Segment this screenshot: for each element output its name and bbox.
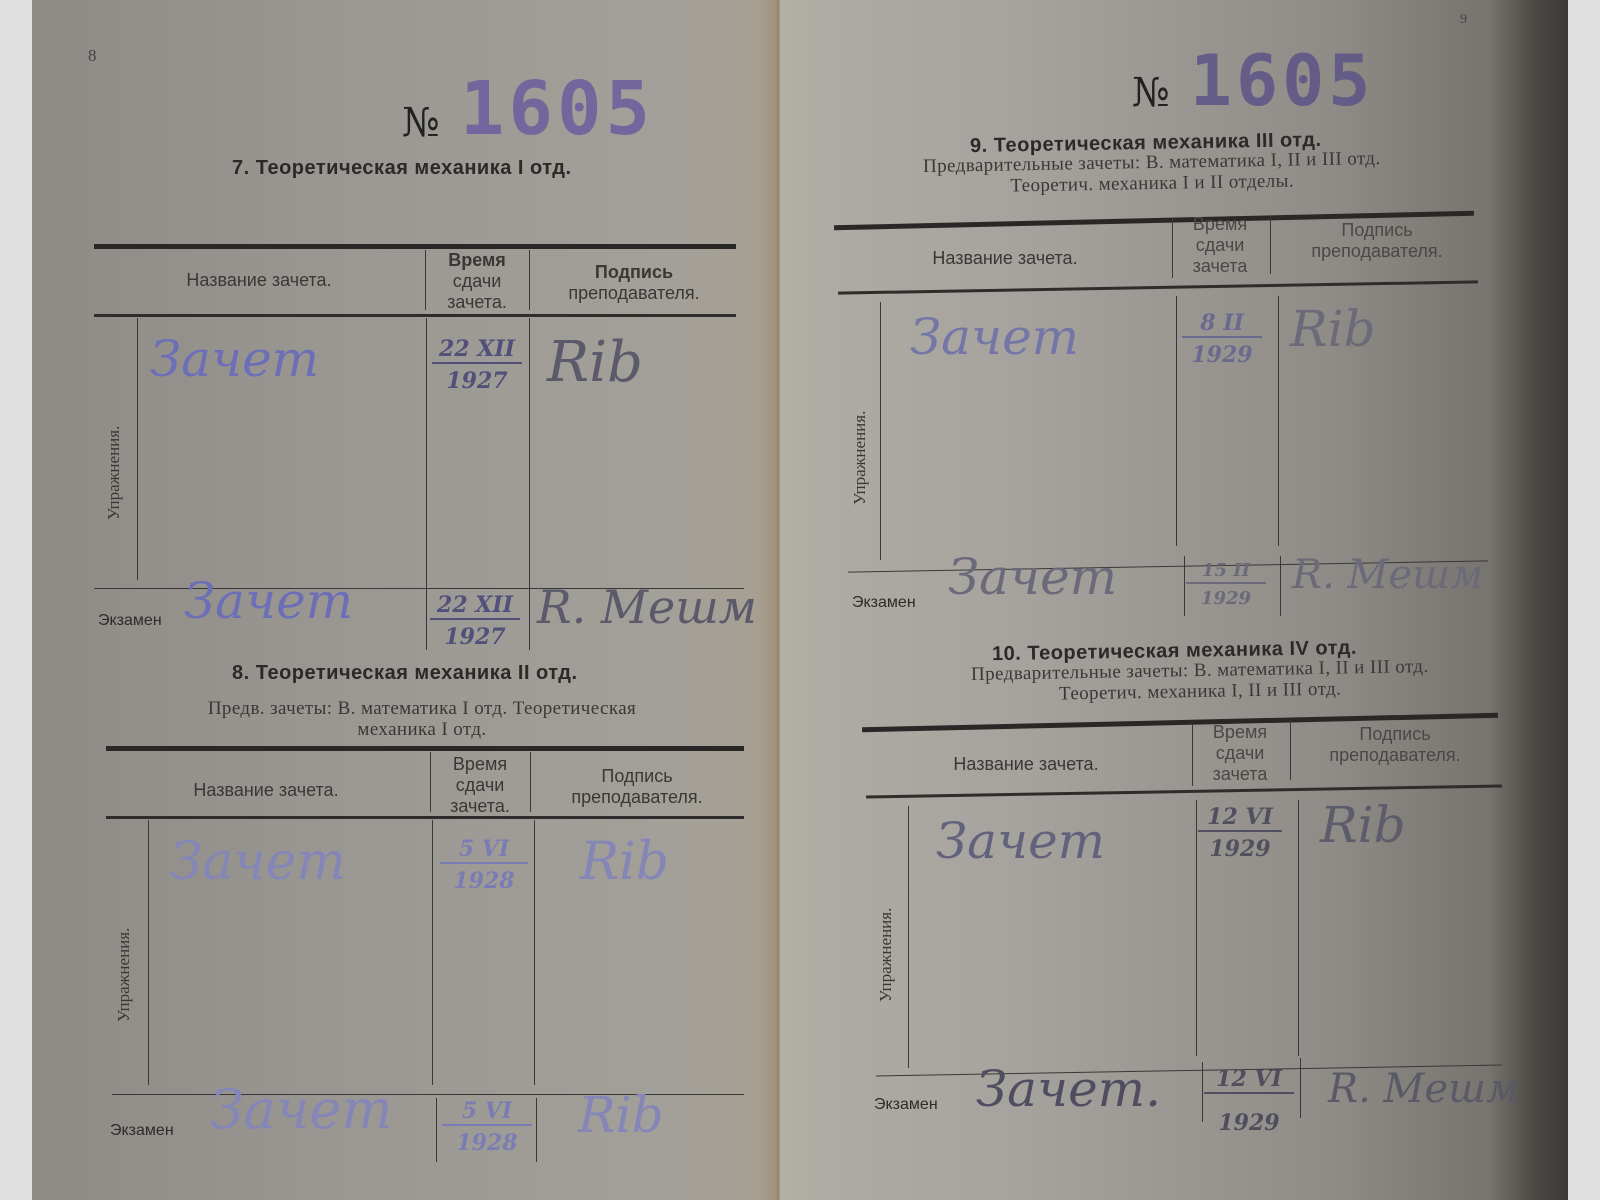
handwritten-date: 22 XII 1927: [432, 338, 522, 392]
header-signature-line: Подпись: [595, 262, 673, 282]
column-divider: [436, 1098, 437, 1162]
header-time: Время сдачи зачета: [1172, 214, 1268, 277]
date-year: 1927: [430, 620, 520, 648]
exam-label: Экзамен: [874, 1096, 938, 1114]
header-time-line: сдачи: [456, 775, 505, 795]
handwritten-signature: Rib: [1320, 796, 1406, 854]
exam-label: Экзамен: [852, 594, 916, 612]
column-divider: [432, 820, 433, 1085]
column-divider: [1300, 1058, 1301, 1118]
header-signature-line: преподавателя.: [568, 283, 699, 303]
header-time-line: зачета: [1193, 256, 1248, 276]
header-time-line: зачета: [1213, 764, 1268, 784]
handwritten-signature: R. Meшм: [1328, 1066, 1519, 1112]
header-signature-line: Подпись: [601, 766, 672, 786]
prerequisites: Предварительные зачеты: В. математика I,…: [852, 147, 1453, 199]
exam-label: Экзамен: [110, 1122, 174, 1140]
label-column-divider: [148, 820, 149, 1085]
numero-sign: №: [1132, 70, 1170, 116]
page-number: 8: [88, 46, 97, 66]
column-divider: [1184, 556, 1185, 616]
column-divider: [1202, 1062, 1203, 1122]
header-bottom-rule: [838, 280, 1478, 294]
date-year: 1929: [1182, 338, 1262, 366]
handwritten-signature: R. Meшм: [1292, 552, 1483, 598]
handwritten-result: Зачет: [170, 832, 346, 892]
handwritten-date: 5 VI 1928: [442, 1100, 532, 1154]
header-name: Название зачета.: [840, 248, 1170, 269]
date-year: 1927: [432, 364, 522, 392]
handwritten-date: 12 VI 1929: [1198, 806, 1282, 860]
date-day-month: 5 VI: [442, 1100, 532, 1126]
date-day-month: 5 VI: [440, 838, 528, 864]
header-name: Название зачета.: [866, 754, 1186, 775]
handwritten-result: Зачет: [948, 548, 1117, 606]
date-day-month: 15 II: [1186, 562, 1266, 584]
header-signature: Подпись преподавателя.: [529, 262, 739, 304]
registration-stamp: № 1605: [1132, 46, 1374, 116]
exercises-label: Упражнения.: [104, 426, 124, 520]
header-time-line: Время: [1193, 214, 1247, 234]
header-signature: Подпись преподавателя.: [1290, 724, 1500, 766]
stamp-number: 1605: [1190, 46, 1375, 116]
left-page: 8 № 1605 7. Теоретическая механика I отд…: [32, 0, 780, 1200]
page-number: 9: [1460, 12, 1467, 28]
handwritten-date: 15 II 1929: [1186, 562, 1266, 608]
section-title: 7. Теоретическая механика I отд.: [232, 157, 572, 180]
header-bottom-rule: [866, 784, 1502, 798]
prerequisites-line: Теоретич. механика I, II и III отд.: [1059, 679, 1342, 705]
right-page: 9 № 1605 9. Теоретическая механика III о…: [780, 0, 1568, 1200]
header-time-line: зачета.: [450, 796, 510, 816]
numero-sign: №: [402, 100, 440, 146]
handwritten-signature: Rib: [580, 832, 669, 892]
column-divider: [426, 318, 427, 580]
prerequisites-line: Теоретич. механика I и II отделы.: [1010, 171, 1294, 197]
handwritten-date: 22 XII 1927: [430, 594, 520, 648]
column-divider: [529, 580, 530, 650]
column-divider: [1298, 800, 1299, 1056]
prerequisites: Предв. зачеты: В. математика I отд. Теор…: [142, 698, 702, 740]
header-signature-line: преподавателя.: [571, 787, 702, 807]
date-day-month: 12 VI: [1204, 1068, 1294, 1094]
label-column-divider: [137, 318, 138, 580]
handwritten-date: 8 II 1929: [1182, 312, 1262, 366]
column-divider: [1176, 296, 1177, 546]
handwritten-signature: Rib: [1290, 300, 1376, 358]
handwritten-result: Зачет: [184, 572, 353, 630]
header-time-line: сдачи: [1196, 235, 1245, 255]
date-year: 1929: [1186, 584, 1266, 608]
handwritten-result: Зачет: [936, 812, 1105, 870]
date-year: 1928: [440, 864, 528, 892]
date-year: 1929: [1204, 1094, 1294, 1134]
exam-label: Экзамен: [98, 612, 162, 630]
header-signature-line: преподавателя.: [1329, 745, 1460, 765]
column-divider: [529, 318, 530, 580]
handwritten-result: Зачет: [910, 308, 1079, 366]
handwritten-result: Зачет: [210, 1078, 393, 1141]
header-bottom-rule: [106, 816, 744, 819]
column-divider: [534, 820, 535, 1085]
column-divider: [1196, 800, 1197, 1056]
date-day-month: 8 II: [1182, 312, 1262, 338]
date-day-month: 12 VI: [1198, 806, 1282, 832]
label-column-divider: [908, 806, 909, 1068]
header-signature-line: Подпись: [1359, 724, 1430, 744]
header-bottom-rule: [94, 314, 736, 317]
exercises-label: Упражнения.: [876, 908, 896, 1002]
table-top-rule: [106, 746, 744, 751]
header-time: Время сдачи зачета: [1192, 722, 1288, 785]
date-day-month: 22 XII: [430, 594, 520, 620]
exercises-label: Упражнения.: [114, 928, 134, 1022]
handwritten-signature: R. Meшм: [537, 580, 757, 634]
header-time: Время сдачи зачета.: [425, 250, 529, 313]
column-divider: [536, 1098, 537, 1162]
registration-stamp: № 1605: [402, 72, 654, 146]
handwritten-signature: Rib: [578, 1086, 664, 1144]
column-divider: [1270, 216, 1271, 274]
column-divider: [1278, 296, 1279, 546]
header-time-line: Время: [448, 250, 506, 270]
open-record-book: 8 № 1605 7. Теоретическая механика I отд…: [32, 0, 1568, 1200]
header-signature: Подпись преподавателя.: [1272, 220, 1482, 262]
header-time-line: сдачи: [453, 271, 502, 291]
header-signature-line: преподавателя.: [1311, 241, 1442, 261]
column-divider: [1280, 556, 1281, 616]
prerequisites-line: Предв. зачеты: В. математика I отд. Теор…: [208, 698, 636, 719]
date-day-month: 22 XII: [432, 338, 522, 364]
section-title: 8. Теоретическая механика II отд.: [232, 662, 578, 685]
header-signature-line: Подпись: [1341, 220, 1412, 240]
exercises-label: Упражнения.: [850, 411, 870, 505]
date-year: 1928: [442, 1126, 532, 1154]
header-signature: Подпись преподавателя.: [530, 766, 744, 808]
stamp-number: 1605: [460, 72, 654, 146]
header-name: Название зачета.: [94, 270, 424, 291]
handwritten-result: Зачет: [150, 330, 319, 388]
header-time-line: Время: [453, 754, 507, 774]
handwritten-date: 12 VI 1929: [1204, 1068, 1294, 1134]
prerequisites: Предварительные зачеты: В. математика I,…: [910, 655, 1491, 707]
prerequisites-line: механика I отд.: [357, 719, 486, 740]
header-time: Время сдачи зачета.: [430, 754, 530, 817]
date-year: 1929: [1198, 832, 1282, 860]
header-time-line: Время: [1213, 722, 1267, 742]
header-name: Название зачета.: [106, 780, 426, 801]
label-column-divider: [880, 302, 881, 560]
handwritten-result: Зачет.: [976, 1060, 1161, 1118]
column-divider: [426, 580, 427, 650]
table-top-rule: [94, 244, 736, 249]
header-time-line: сдачи: [1216, 743, 1265, 763]
handwritten-date: 5 VI 1928: [440, 838, 528, 892]
header-time-line: зачета.: [447, 292, 507, 312]
handwritten-signature: Rib: [547, 330, 643, 395]
